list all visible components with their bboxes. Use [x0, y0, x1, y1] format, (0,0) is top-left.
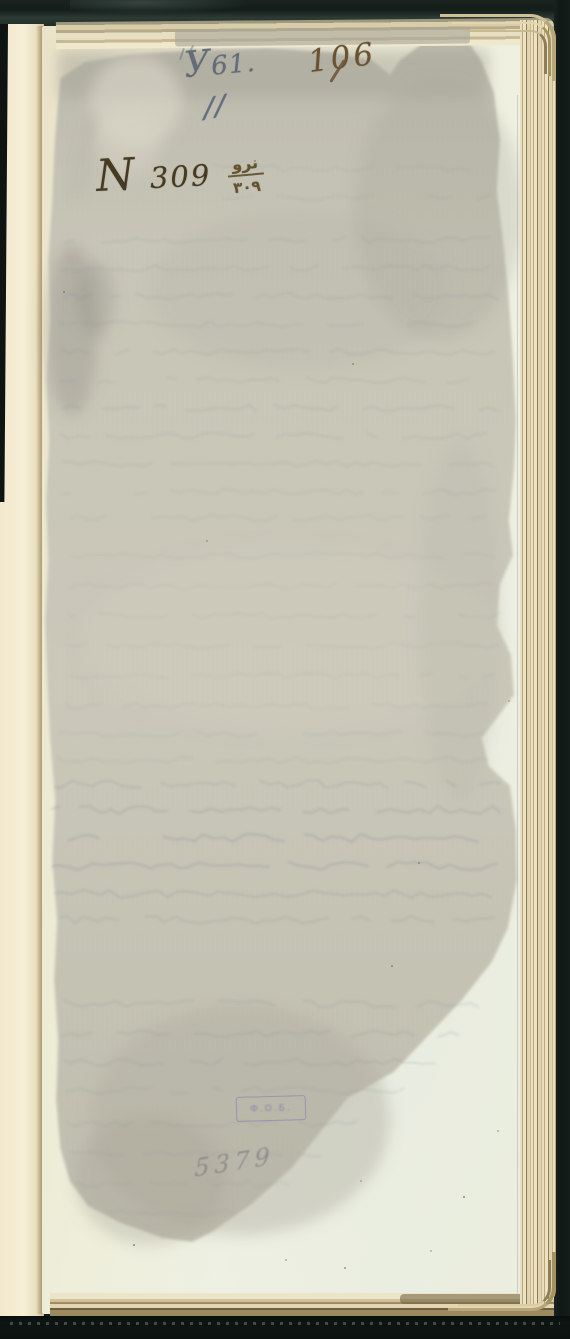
stamp-text: Ф.О.Б.: [250, 1103, 292, 1114]
dust-line: [10, 1322, 560, 1325]
backdrop-right: [554, 0, 570, 1339]
pasted-paper-fragment: [0, 0, 570, 1339]
shelfmark-numerator: نرو: [226, 153, 264, 178]
shelfmark-denominator: ٣٠٩: [232, 175, 261, 197]
page-stack-fore-edge: [520, 20, 556, 1304]
pencil-folio-number: У61.: [182, 39, 257, 86]
backdrop-bottom: [0, 1316, 570, 1339]
catalog-number: N 309: [95, 145, 213, 202]
underlying-page-edge-vertical: [517, 95, 518, 1293]
manuscript-scan: У61. // 106 N 309 نرو ٣٠٩ Ф.О.Б. 5379: [0, 0, 570, 1339]
page-corner-curl: [462, 30, 547, 74]
arabic-shelfmark-fraction: نرو ٣٠٩: [226, 153, 265, 198]
library-stamp: Ф.О.Б.: [236, 1095, 307, 1122]
page-corner-curl: [458, 1260, 551, 1306]
dust-speckles: [0, 0, 2, 2]
